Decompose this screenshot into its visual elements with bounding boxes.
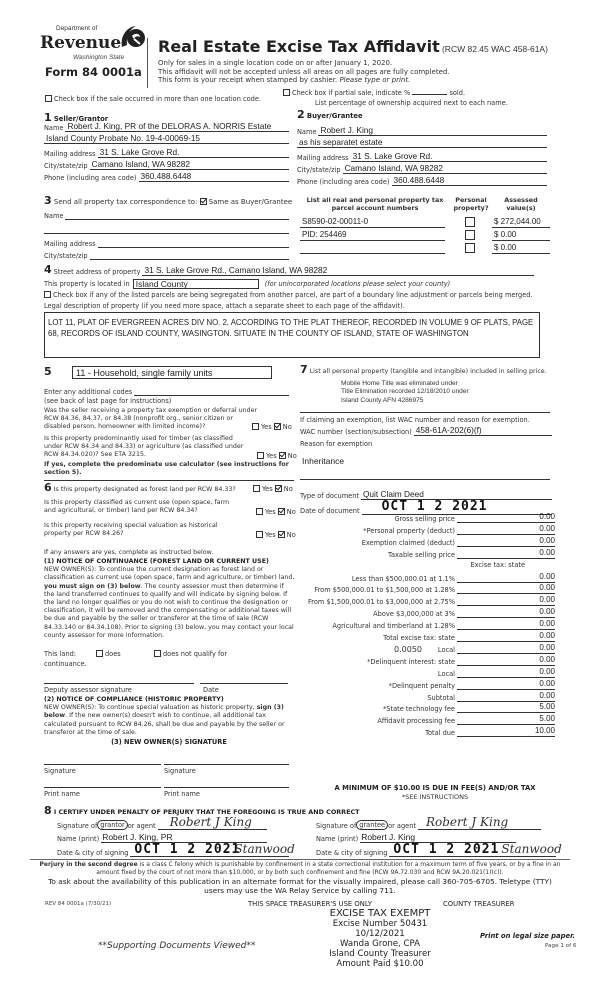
personal-property-checkbox[interactable] (465, 230, 475, 240)
reason-line (300, 479, 550, 480)
section7-text: 7 List all personal property (tangible a… (300, 366, 550, 376)
dept-of-label: Department of (56, 25, 97, 32)
q-current-use-yes[interactable] (256, 508, 263, 515)
tax-row: From $500,000.01 to $1,500,000 at 1.28%0… (300, 583, 555, 594)
continuance-label: continuance. (44, 660, 87, 668)
header-divider (147, 38, 148, 88)
q-forest-no[interactable] (275, 485, 282, 492)
grantee-signature-field[interactable]: Robert J King (418, 818, 541, 830)
partial-sale-checkbox[interactable] (283, 89, 290, 96)
corr-name-field[interactable] (65, 210, 289, 220)
treasurer-use-label: THIS SPACE TREASURER'S USE ONLY (248, 900, 372, 908)
notice3-title: (3) NEW OWNER(S) SIGNATURE (44, 738, 294, 746)
dor-logo: Department of Revenue Washington State F… (40, 23, 150, 93)
wac-row: WAC number (section/subsection) 458-61A-… (300, 426, 552, 436)
additional-codes-field[interactable] (134, 386, 289, 396)
buyer-city-field[interactable]: Camano Island, WA 98282 (343, 164, 547, 174)
tax-value-field[interactable]: 0.00 (525, 548, 555, 559)
owner-signature-2[interactable] (164, 764, 289, 765)
tax-row-label: Subtotal (300, 694, 455, 702)
q-forest-yes[interactable] (253, 485, 260, 492)
tax-row-label: Exemption claimed (deduct) (300, 539, 455, 547)
reason-field[interactable]: Inheritance (302, 456, 344, 466)
q-exemption-answer: Yes No (252, 423, 292, 431)
col-assessed: Assessed value(s) (492, 196, 550, 212)
this-land-row: This land: does does not qualify for (44, 650, 294, 658)
grantor-signature-row: Signature ofgrantoror agent Robert J Kin… (57, 818, 267, 830)
tax-row: From $1,500,000.01 to $3,000,000 at 2.75… (300, 595, 555, 606)
personal-property-cell (450, 217, 492, 228)
parcel-table: List all real and personal property tax … (300, 196, 550, 255)
same-as-buyer-checkbox[interactable] (200, 198, 207, 205)
seller-name-field-2[interactable]: Island County Probate No. 19-4-00069-15 (44, 134, 289, 144)
stamp-line: Island County Treasurer (300, 949, 460, 959)
parcel-rows: S8590-02-00011-0$ 272,044.00PID: 254469$… (300, 216, 550, 254)
notice-1: Only for sales in a single location code… (158, 59, 450, 68)
tax-value-field[interactable]: 0.00 (525, 655, 555, 666)
perjury-notice: Perjury in the second degree is a class … (30, 861, 570, 876)
personal-property-line: Title Elimination recorded 12/18/2010 un… (341, 388, 469, 396)
county-select[interactable]: Island County (133, 279, 259, 289)
q-exemption-yes[interactable] (252, 423, 259, 430)
buyer-address-field[interactable]: 31 S. Lake Grove Rd. (351, 152, 547, 162)
tax-row-label: *Personal property (deduct) (300, 527, 455, 535)
correspondence-heading: 3 Send all property tax correspondence t… (44, 194, 292, 207)
q-historic: Is this property receiving special valua… (44, 522, 234, 538)
grantor-signature-field[interactable]: Robert J King (158, 818, 267, 830)
tax-row-label: Less than $500,000.01 at 1.1% (300, 575, 455, 583)
parcel-row: S8590-02-00011-0$ 272,044.00 (300, 216, 550, 228)
owner-signature-2-label: Signature (164, 767, 196, 775)
tax-row: *Delinquent penalty0.00 (300, 679, 555, 690)
segregated-checkbox[interactable] (44, 291, 51, 298)
seller-address-row: Mailing address 31 S. Lake Grove Rd. (44, 148, 289, 158)
tax-value-field[interactable]: 0.00 (525, 691, 555, 702)
buyer-heading: 2 Buyer/Grantee (297, 108, 363, 121)
section5-number: 5 (44, 365, 52, 378)
stamp-line: Wanda Grone, CPA (300, 939, 460, 949)
tax-row-label: *Delinquent interest: state (300, 658, 455, 666)
grantee-date-row: Date & city of signing OCT 1 2 2021 Stan… (316, 843, 556, 857)
deputy-signature-line[interactable] (44, 683, 194, 684)
additional-codes-row: Enter any additional codes (44, 386, 289, 396)
property-street-field[interactable]: 31 S. Lake Grove Rd., Camano Island, WA … (142, 266, 534, 276)
owner-signature-1[interactable] (44, 764, 161, 765)
ownership-note: List percentage of ownership acquired ne… (315, 99, 508, 107)
exemption-intro: If claiming an exemption, list WAC numbe… (300, 416, 530, 424)
land-does-not-checkbox[interactable] (154, 650, 161, 657)
grantee-signature-row: Signature ofgranteeor agent Robert J Kin… (316, 818, 541, 830)
corr-name-row-2 (44, 224, 289, 234)
q-current-use-answer: Yes No (256, 508, 296, 516)
stamp-line: EXCISE TAX EXEMPT (300, 909, 460, 919)
tax-value-field[interactable]: 0.00 (525, 536, 555, 547)
tax-row-label: Above $3,000,000 at 3% (300, 610, 455, 618)
buyer-city-row: City/state/zip Camano Island, WA 98282 (297, 164, 547, 174)
form-title-ref: (RCW 82.45 WAC 458-61A) (442, 44, 548, 54)
wac-field[interactable]: 458-61A-202(6)(f) (414, 426, 552, 436)
corr-name-row: Name (44, 210, 289, 220)
assessed-value-field[interactable]: $ 0.00 (492, 243, 550, 254)
personal-property-cell (450, 243, 492, 254)
tax-row-local: Local0.000.0050 (300, 643, 555, 654)
section7-line (300, 412, 550, 413)
segregated-row: Check box if any of the listed parcels a… (44, 291, 533, 299)
owner-print-1-label: Print name (44, 790, 80, 798)
tax-value-field[interactable]: 0.00 (525, 512, 555, 523)
corr-address-row: Mailing address (44, 238, 289, 248)
form-title: Real Estate Excise Tax Affidavit (RCW 82… (158, 37, 548, 56)
corr-city-row: City/state/zip (44, 250, 289, 260)
q-timber: Is this property predominantly used for … (44, 435, 244, 460)
tax-row: Local0.00 (300, 667, 555, 678)
tax-row: Affidavit processing fee5.00 (300, 714, 555, 725)
reason-label: Reason for exemption (300, 440, 372, 448)
tax-row-label: From $500,000.01 to $1,500,000 at 1.28% (300, 586, 455, 594)
q-exemption-no[interactable] (274, 423, 281, 430)
q-exemption: Was the seller receiving a property tax … (44, 407, 259, 432)
tax-row-label: Local (300, 670, 455, 678)
corr-address-field[interactable] (98, 238, 289, 248)
assessed-value-field[interactable]: $ 272,044.00 (492, 217, 550, 228)
q-timber-yes[interactable] (257, 452, 264, 459)
buyer-address-row: Mailing address 31 S. Lake Grove Rd. (297, 152, 547, 162)
legal-description-label: Legal description of property (if you ne… (44, 302, 405, 310)
minimum-notice: A MINIMUM OF $10.00 IS DUE IN FEE(S) AND… (300, 784, 570, 792)
owner-print-1[interactable] (44, 787, 161, 788)
deputy-date-label: Date (203, 686, 219, 694)
property-street-row: 4 Street address of property 31 S. Lake … (44, 263, 534, 276)
revenue-wordmark: Revenue (40, 33, 121, 53)
corr-city-field[interactable] (90, 250, 289, 260)
tax-row-label: Gross selling price (300, 515, 455, 523)
tax-value-field[interactable]: 0.00 (525, 679, 555, 690)
partial-percent-field[interactable] (412, 94, 447, 95)
tax-value-field[interactable]: 0.00 (525, 619, 555, 630)
county-treasurer-label: COUNTY TREASURER (443, 900, 514, 908)
seller-phone-field[interactable]: 360.488.6448 (139, 172, 290, 182)
personal-property-line: Mobile Home Title was eliminated under (341, 380, 469, 388)
personal-property-checkbox[interactable] (465, 243, 475, 253)
col-accounts: List all real and personal property tax … (300, 196, 450, 212)
form-title-text: Real Estate Excise Tax Affidavit (158, 37, 440, 56)
seller-phone-row: Phone (including area code) 360.488.6448 (44, 172, 289, 182)
tax-row-label: *Delinquent penalty (300, 682, 455, 690)
tax-row-label: Local (300, 646, 455, 654)
tax-row-label: *State technology fee (300, 705, 455, 713)
tax-value-field[interactable]: 0.00 (525, 631, 555, 642)
owner-signature-1-label: Signature (44, 767, 76, 775)
tax-value-field[interactable]: 0.00 (525, 572, 555, 583)
header-notices: Only for sales in a single location code… (158, 59, 450, 85)
buyer-name-field-2[interactable]: as his separatet estate (297, 138, 547, 148)
deputy-date-line[interactable] (200, 683, 288, 684)
parcel-account-field[interactable]: S8590-02-00011-0 (300, 217, 445, 228)
tax-row: Exemption claimed (deduct)0.00 (300, 536, 555, 547)
personal-property-field[interactable]: Mobile Home Title was eliminated underTi… (341, 380, 469, 405)
multi-location-checkbox[interactable] (45, 95, 52, 102)
stamp-line: 10/12/2021 (300, 929, 460, 939)
tax-value-field[interactable]: 0.00 (525, 583, 555, 594)
local-rate[interactable]: 0.0050 (394, 645, 422, 654)
parcel-header: List all real and personal property tax … (300, 196, 550, 212)
tax-value-field[interactable]: 5.00 (525, 702, 555, 713)
tax-row-label: From $1,500,000.01 to $3,000,000 at 2.75… (300, 598, 455, 606)
tax-value-field[interactable]: 0.00 (525, 643, 555, 654)
tax-row-label: Agricultural and timberland at 1.28% (300, 622, 455, 630)
q-current-use-no[interactable] (278, 508, 285, 515)
section5-divider (44, 480, 294, 481)
buyer-phone-row: Phone (including area code) 360.488.6448 (297, 176, 547, 186)
tax-value-field[interactable]: 5.00 (525, 714, 555, 725)
seller-address-field[interactable]: 31 S. Lake Grove Rd. (98, 148, 289, 158)
seller-name-field[interactable]: Robert J. King, PR of the DELORAS A. NOR… (65, 122, 289, 132)
dor-emblem-icon (118, 23, 146, 51)
owner-print-2[interactable] (164, 787, 289, 788)
grantor-date-row: Date & city of signing OCT 1 2 2021 Stan… (57, 843, 289, 857)
parcel-account-field[interactable] (300, 243, 445, 254)
buyer-phone-field[interactable]: 360.488.6448 (392, 176, 548, 186)
tax-row: Total due10.00 (300, 726, 555, 737)
grantee-date-field[interactable]: OCT 1 2 2021 Stanwood (389, 843, 556, 857)
deputy-signature-label: Deputy assessor signature (44, 686, 132, 694)
tax-row-label: Total excise tax: state (300, 634, 455, 642)
tax-value-field[interactable]: 0.00 (525, 667, 555, 678)
tax-row-label: Affidavit processing fee (300, 717, 455, 725)
seller-name-row-2: Island County Probate No. 19-4-00069-15 (44, 134, 289, 144)
q-historic-no[interactable] (278, 531, 285, 538)
personal-property-checkbox[interactable] (465, 217, 475, 227)
tax-row: Agricultural and timberland at 1.28%0.00 (300, 619, 555, 630)
additional-codes-note: (see back of last page for instructions) (44, 397, 171, 405)
section8-divider (30, 859, 570, 860)
stamp-line: Excise Number 50431 (300, 919, 460, 929)
personal-property-cell (450, 230, 492, 241)
tax-row-label: Taxable selling price (300, 551, 455, 559)
parcel-row: $ 0.00 (300, 242, 550, 254)
tax-row: Subtotal0.00 (300, 691, 555, 702)
county-row: This property is located in Island Count… (44, 279, 450, 289)
tax-row: Total excise tax: state0.00 (300, 631, 555, 642)
land-does-checkbox[interactable] (96, 650, 103, 657)
tax-row: *State technology fee5.00 (300, 702, 555, 713)
notice1: (1) NOTICE OF CONTINUANCE (FOREST LAND O… (44, 558, 296, 640)
accessibility-notice: To ask about the availability of this pu… (45, 878, 555, 895)
tax-row: Less than $500,000.01 at 1.1%0.00 (300, 572, 555, 583)
q-timber-answer: Yes No (257, 452, 297, 460)
q-timber-no[interactable] (279, 452, 286, 459)
owner-print-2-label: Print name (164, 790, 200, 798)
buyer-name-row-2: as his separatet estate (297, 138, 547, 148)
corr-name-field-2[interactable] (44, 224, 289, 234)
notice-3: This form is your receipt when stamped b… (158, 76, 450, 85)
personal-property-line: Island County AFN 4286975 (341, 397, 469, 405)
col-personal: Personal property? (450, 196, 492, 212)
treasurer-stamp: EXCISE TAX EXEMPTExcise Number 5043110/1… (300, 909, 460, 969)
q-timber-note: If yes, complete the predominate use cal… (44, 461, 294, 477)
state-label: Washington State (73, 54, 124, 61)
q-forest-answer: Yes No (253, 485, 293, 493)
tax-row: Gross selling price0.00 (300, 512, 555, 523)
page-number: Page 1 of 6 (545, 943, 576, 949)
partial-sale-row: Check box if partial sale, indicate % so… (283, 89, 465, 97)
tax-row: Taxable selling price0.00 (300, 548, 555, 559)
form-number: Form 84 0001a (45, 65, 142, 79)
multi-location-checkbox-row: Check box if the sale occurred in more t… (45, 95, 261, 103)
buyer-name-row: Name Robert J. King (297, 126, 547, 136)
land-use-select[interactable]: 11 - Household, single family units (72, 366, 272, 379)
if-yes-note: If any answers are yes, complete as inst… (44, 549, 213, 557)
seller-city-field[interactable]: Camano Island, WA 98282 (90, 160, 289, 170)
see-instructions: *SEE INSTRUCTIONS (300, 793, 570, 801)
tax-value-field[interactable]: 0.00 (525, 607, 555, 618)
tax-row: *Personal property (deduct)0.00 (300, 524, 555, 535)
tax-value-field[interactable]: 0.00 (525, 595, 555, 606)
q-historic-yes[interactable] (256, 531, 263, 538)
supporting-documents: **Supporting Documents Viewed** (98, 941, 255, 951)
rev-label: REV 84 0001a (7/30/21) (45, 901, 111, 907)
tax-value-field[interactable]: 0.00 (525, 524, 555, 535)
q-forest: 6 Is this property designated as forest … (44, 484, 236, 494)
notice-2: This affidavit will not be accepted unle… (158, 68, 450, 77)
q-current-use: Is this property classified as current u… (44, 499, 239, 515)
tax-row-label: Total due (300, 729, 455, 737)
stamp-line: Amount Paid $10.00 (300, 959, 460, 969)
tax-value-field[interactable]: 10.00 (525, 726, 555, 737)
tax-row: *Delinquent interest: state0.00 (300, 655, 555, 666)
assessed-value-field[interactable]: $ 0.00 (492, 230, 550, 241)
seller-city-row: City/state/zip Camano Island, WA 98282 (44, 160, 289, 170)
q-historic-answer: Yes No (256, 531, 296, 539)
buyer-name-field[interactable]: Robert J. King (318, 126, 547, 136)
print-legal-note: Print on legal size paper. (480, 932, 575, 940)
notice2: (2) NOTICE OF COMPLIANCE (HISTORIC PROPE… (44, 696, 296, 737)
parcel-row: PID: 254469$ 0.00 (300, 229, 550, 241)
legal-description-field[interactable]: LOT 11, PLAT OF EVERGREEN ACRES DIV NO. … (44, 312, 540, 358)
seller-name-row: Name Robert J. King, PR of the DELORAS A… (44, 122, 289, 132)
parcel-account-field[interactable]: PID: 254469 (300, 230, 445, 241)
tax-row: Above $3,000,000 at 3%0.00 (300, 607, 555, 618)
excise-heading: Excise tax: state (300, 561, 525, 569)
grantor-date-field[interactable]: OCT 1 2 2021 Stanwood (130, 843, 289, 857)
